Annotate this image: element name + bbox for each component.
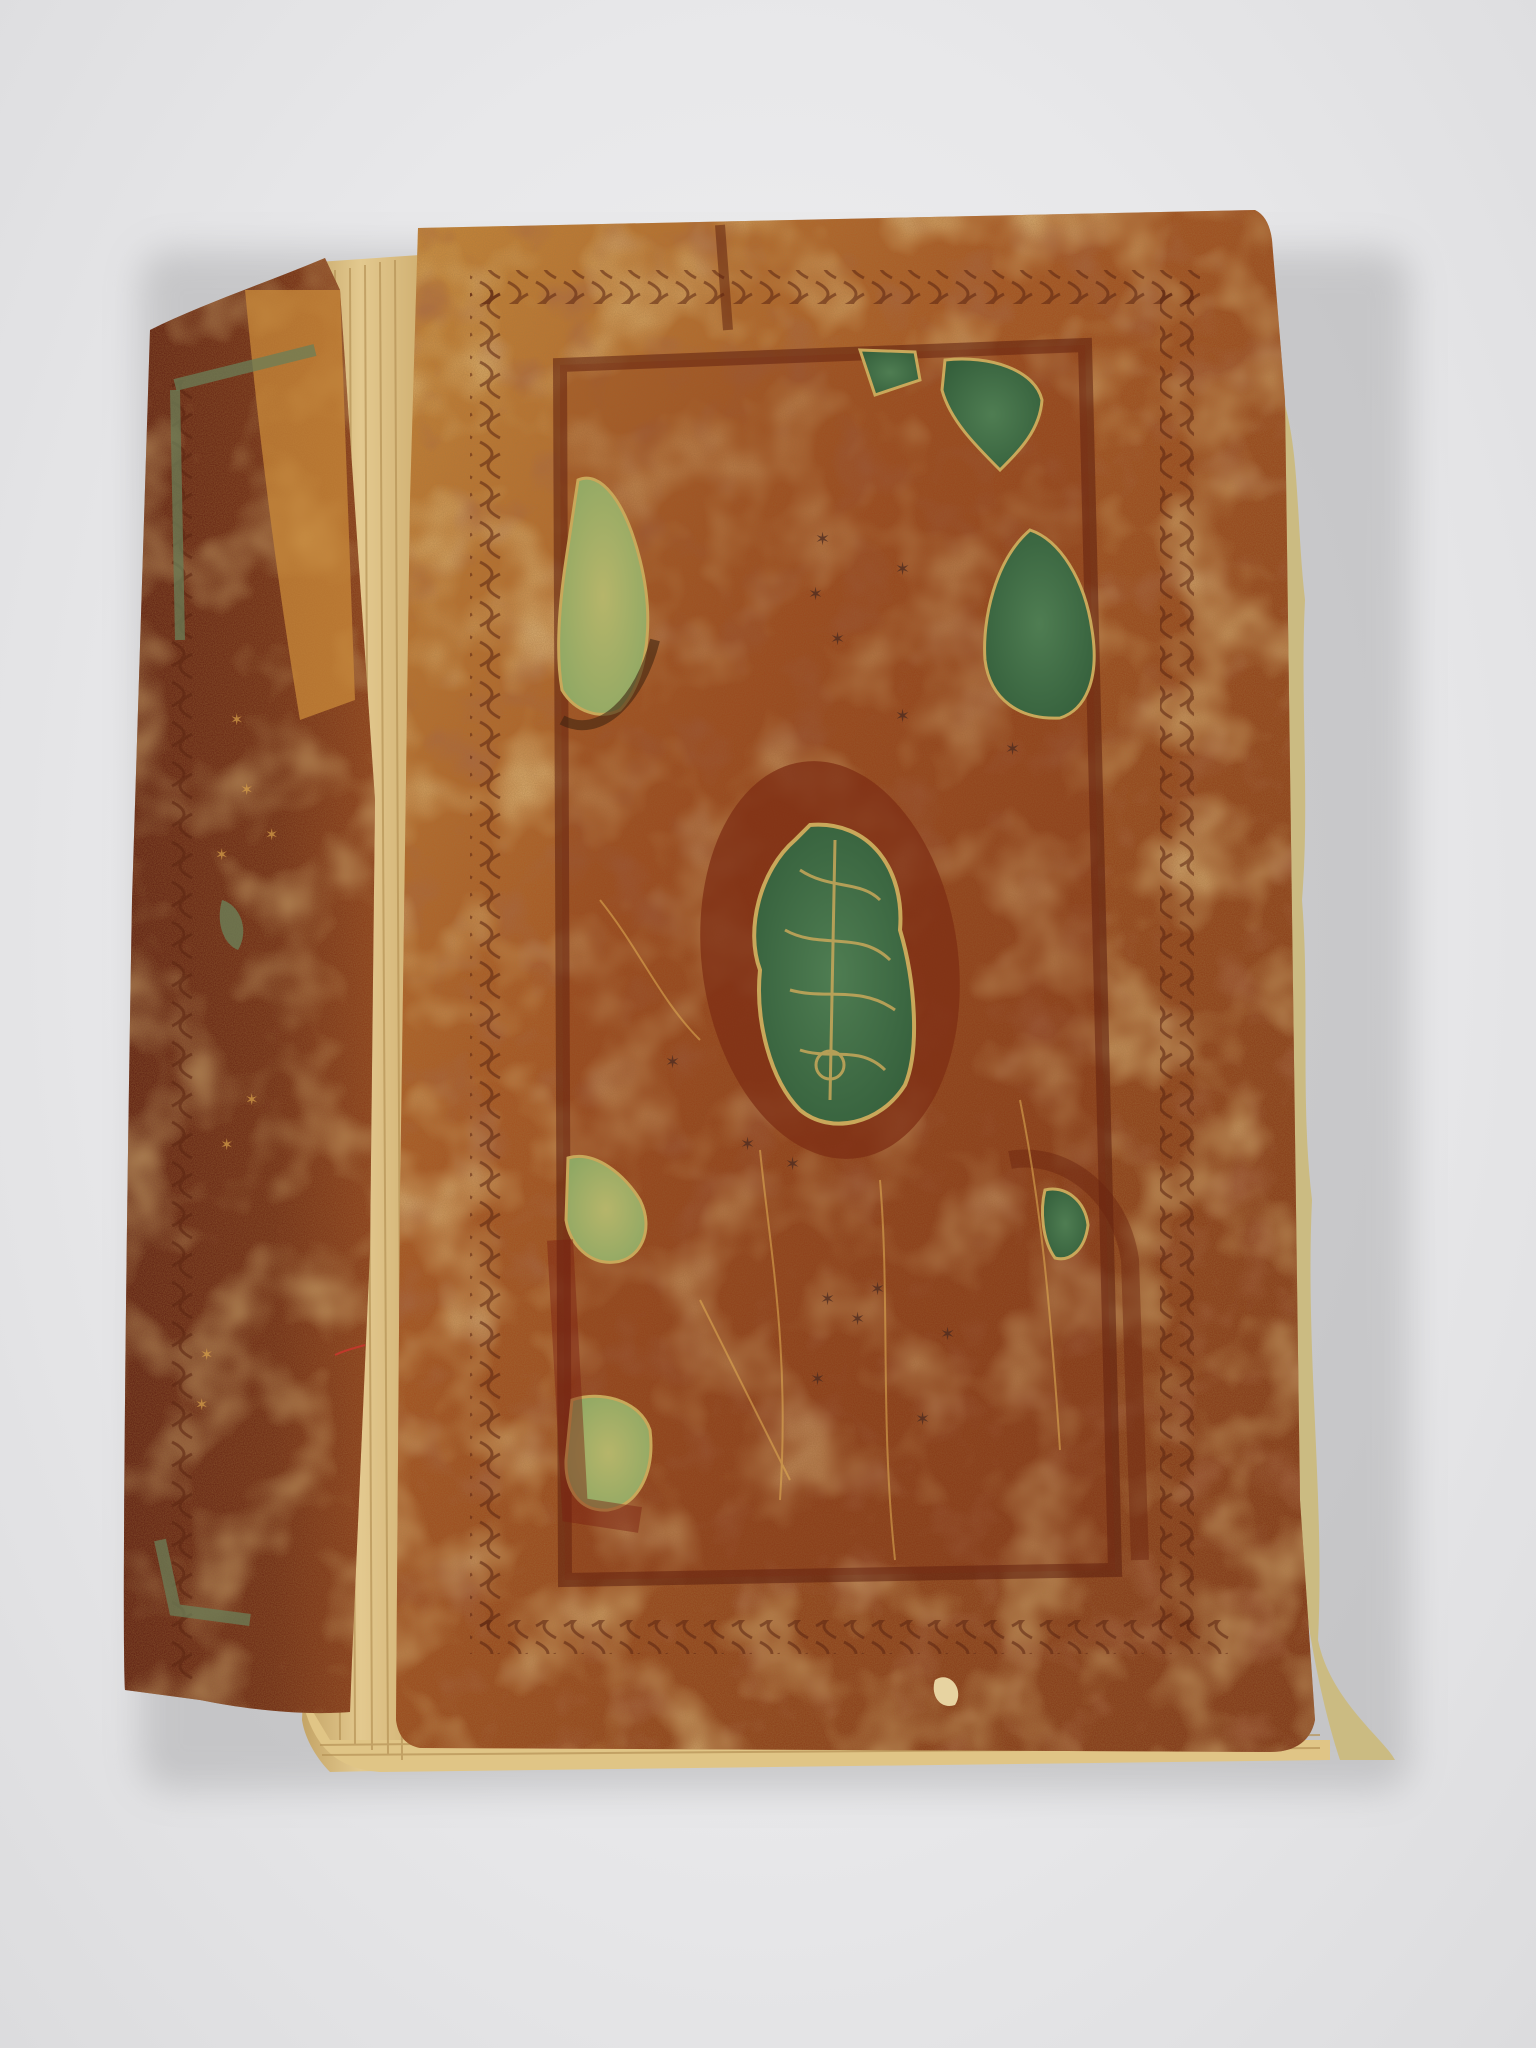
svg-text:✶: ✶	[850, 1309, 865, 1330]
svg-text:✶: ✶	[820, 1289, 835, 1310]
photo-scene: ✶✶✶ ✶✶✶ ✶✶✶ ✶✶✶ ✶✶✶ ✶✶✶	[0, 0, 1536, 2048]
svg-text:✶: ✶	[200, 1345, 213, 1364]
svg-text:✶: ✶	[240, 780, 253, 799]
front-cover: ✶✶✶ ✶✶✶ ✶✶✶ ✶✶✶ ✶✶✶	[396, 210, 1315, 1752]
svg-text:✶: ✶	[215, 845, 228, 864]
svg-text:✶: ✶	[895, 559, 910, 580]
svg-text:✶: ✶	[245, 1090, 258, 1109]
svg-text:✶: ✶	[665, 1052, 680, 1073]
svg-text:✶: ✶	[220, 1135, 233, 1154]
svg-text:✶: ✶	[1005, 739, 1020, 760]
svg-text:✶: ✶	[195, 1395, 208, 1414]
svg-text:✶: ✶	[895, 706, 910, 727]
svg-text:✶: ✶	[830, 629, 845, 650]
svg-text:✶: ✶	[265, 825, 278, 844]
envelope-flap: ✶✶✶ ✶✶✶ ✶✶	[124, 258, 375, 1713]
svg-text:✶: ✶	[870, 1279, 885, 1300]
svg-text:✶: ✶	[915, 1409, 930, 1430]
svg-text:✶: ✶	[785, 1154, 800, 1175]
svg-text:✶: ✶	[810, 1369, 825, 1390]
svg-text:✶: ✶	[230, 710, 243, 729]
svg-text:✶: ✶	[940, 1324, 955, 1345]
svg-text:✶: ✶	[740, 1134, 755, 1155]
svg-text:✶: ✶	[808, 584, 823, 605]
book-illustration: ✶✶✶ ✶✶✶ ✶✶✶ ✶✶✶ ✶✶✶ ✶✶✶	[0, 0, 1536, 2048]
svg-text:✶: ✶	[815, 529, 830, 550]
